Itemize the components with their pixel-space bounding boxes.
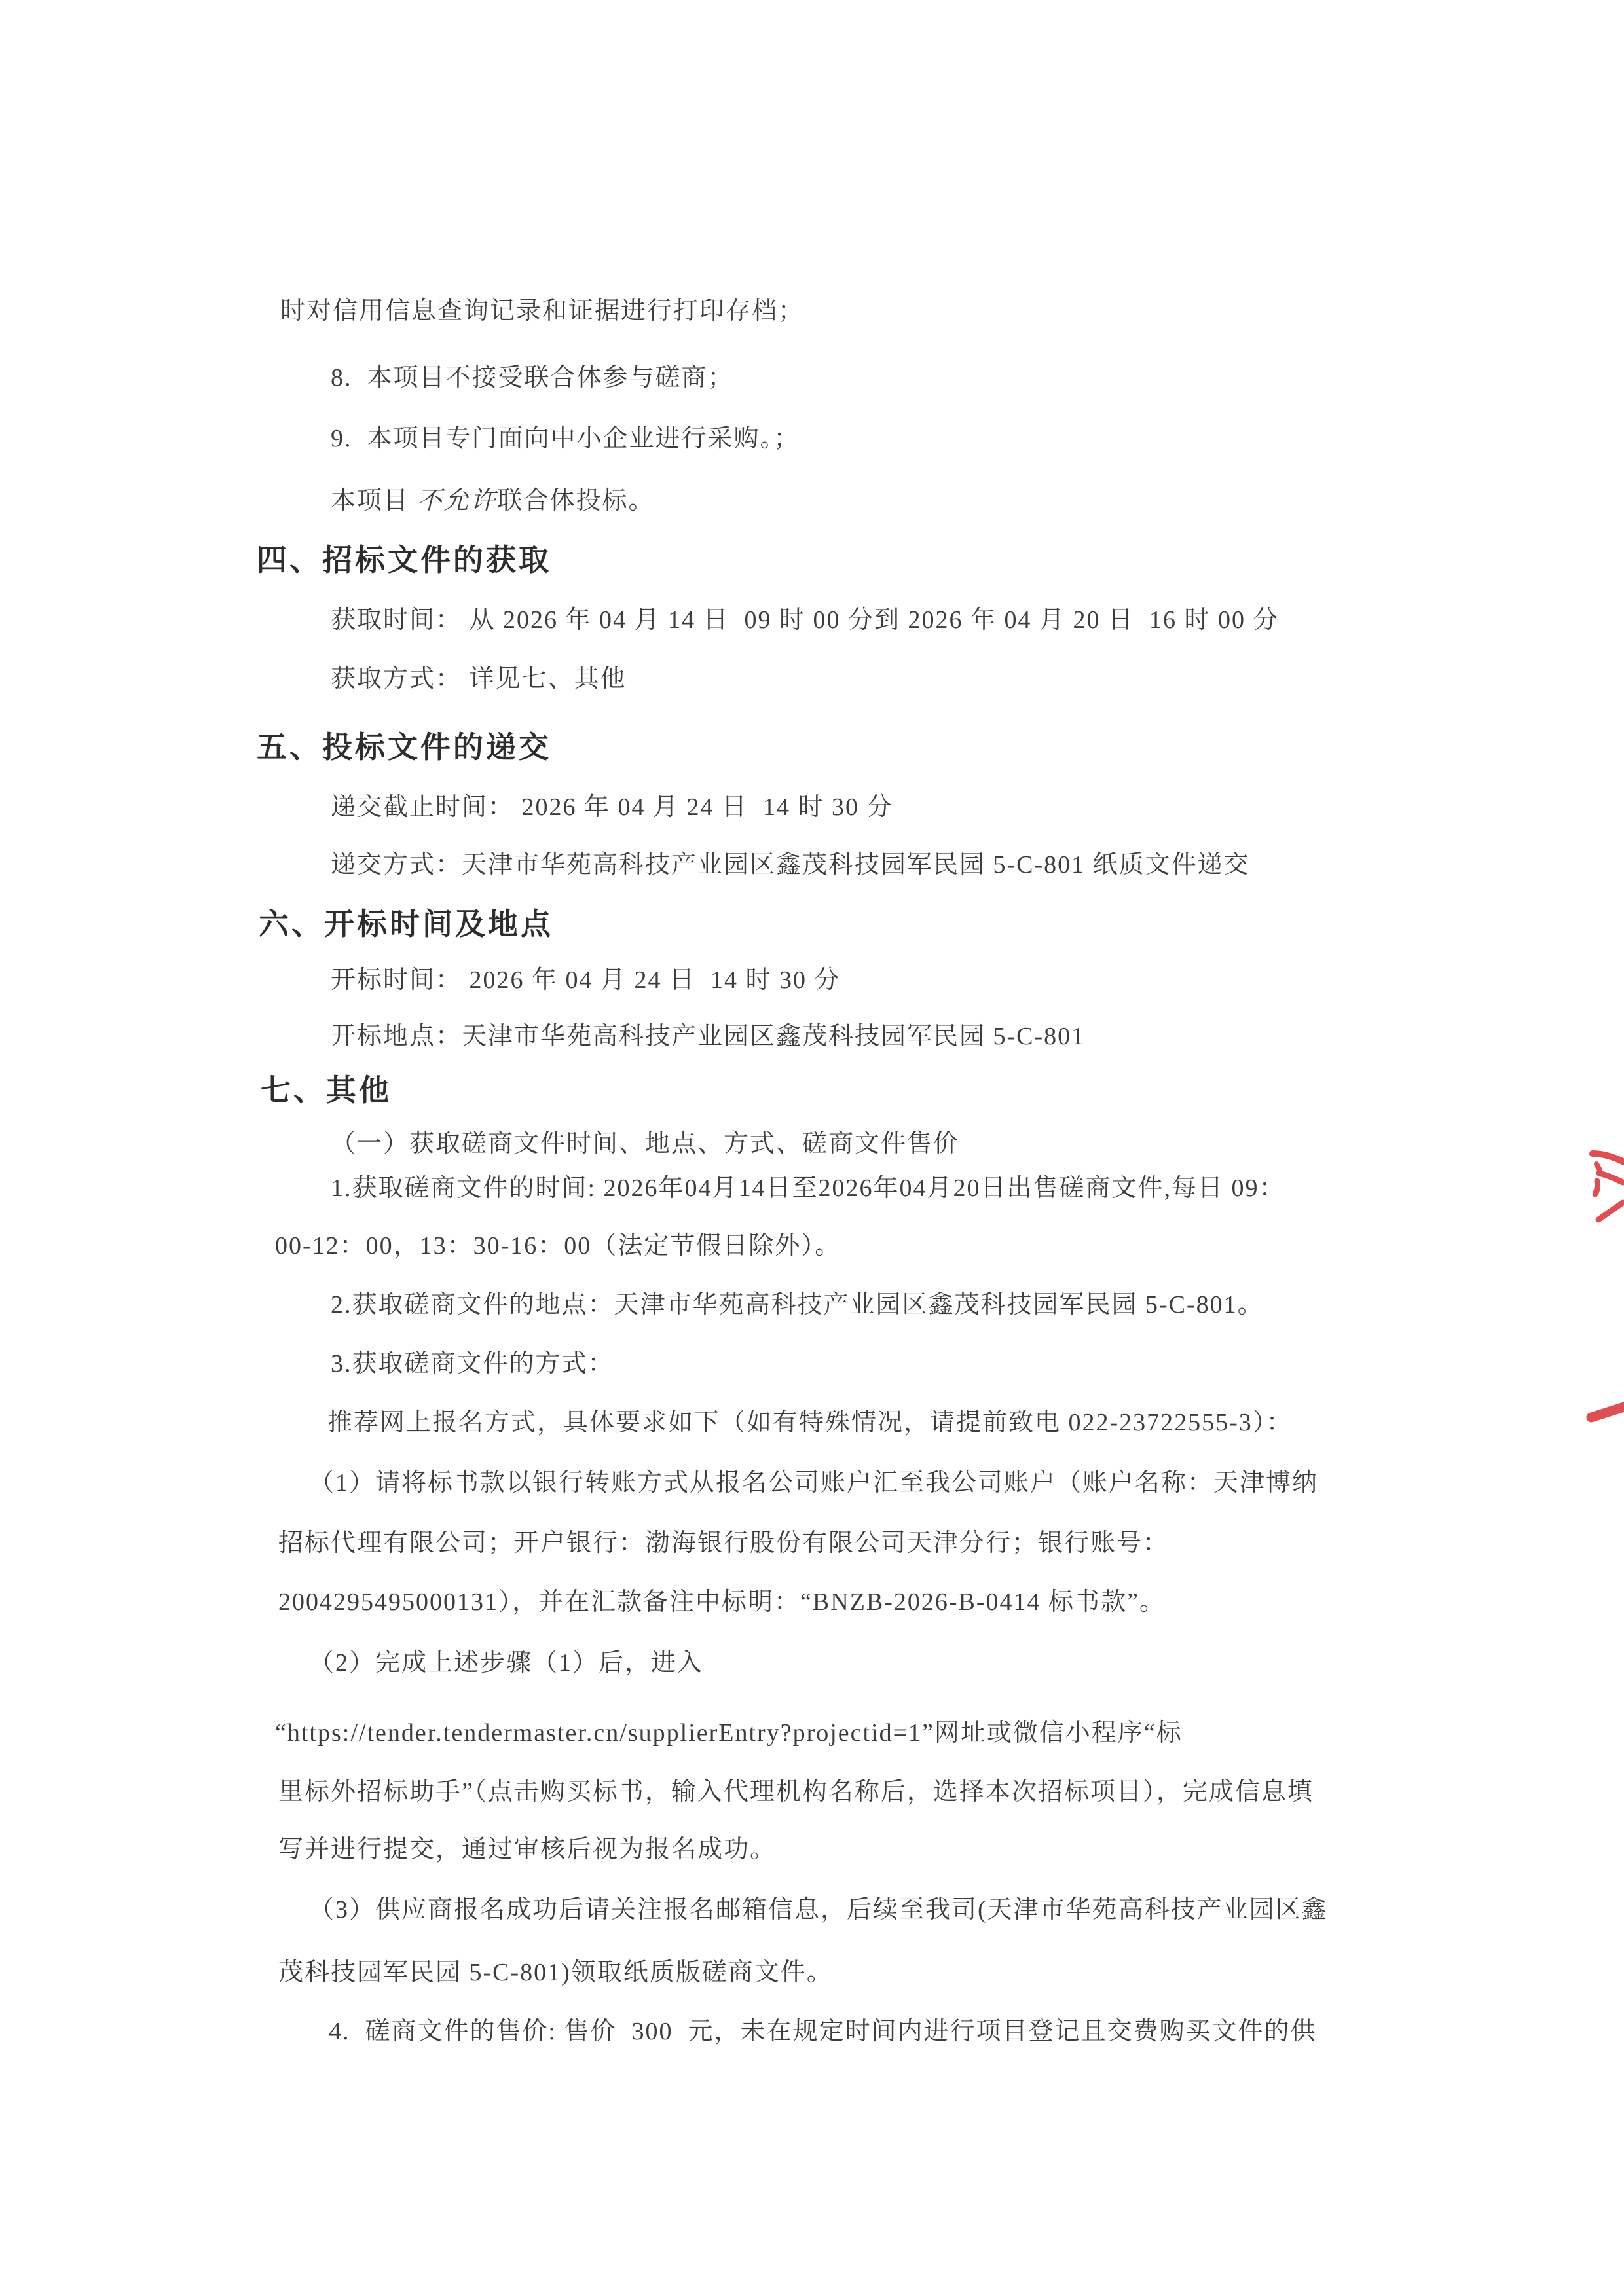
no-consortium-suffix: 联合体投标。 (498, 487, 655, 515)
sec7-step1-line1: （1）请将标书款以银行转账方式从报名公司账户汇至我公司账户（账户名称：天津博纳 (309, 1467, 1318, 1499)
list-item-9: 9. 本项目专门面向中小企业进行采购。； (331, 422, 800, 455)
sec7-step1-line2: 招标代理有限公司；开户银行：渤海银行股份有限公司天津分行；银行账号： (278, 1527, 1169, 1559)
sec7-step2-line1: （2）完成上述步骤（1）后，进入 (309, 1647, 703, 1679)
sec7-step2-line4: 写并进行提交，通过审核后视为报名成功。 (278, 1833, 776, 1866)
no-consortium-prefix: 本项目 (331, 487, 417, 515)
sec5-method: 递交方式：天津市华苑高科技产业园区鑫茂科技园军民园 5-C-801 纸质文件递交 (331, 848, 1250, 881)
sec7-step2-line3: 里标外招标助手”（点击购买标书，输入代理机构名称后，选择本次招标项目），完成信息… (278, 1776, 1314, 1808)
sec7-step3-line1: （3）供应商报名成功后请关注报名邮箱信息，后续至我司(天津市华苑高科技产业园区鑫 (309, 1893, 1328, 1926)
sec7-sub1-title: （一）获取磋商文件时间、地点、方式、磋商文件售价 (331, 1127, 959, 1160)
list-item-8: 8. 本项目不接受联合体参与磋商； (331, 361, 734, 394)
section-heading-4: 四、招标文件的获取 (257, 541, 551, 579)
sec6-open-place: 开标地点：天津市华苑高科技产业园区鑫茂科技园军民园 5-C-801 (331, 1020, 1085, 1053)
section-heading-7: 七、其他 (261, 1071, 392, 1109)
sec7-step1-line3: 2004295495000131），并在汇款备注中标明：“BNZB-2026-B… (278, 1586, 1166, 1618)
sec4-obtain-method: 获取方式： 详见七、其他 (331, 663, 627, 695)
red-pen-mark-lower (1585, 1398, 1624, 1427)
no-consortium-line: 本项目 不允许联合体投标。 (331, 484, 655, 517)
red-pen-mark-upper (1585, 1139, 1624, 1224)
section-heading-5: 五、投标文件的递交 (257, 728, 551, 766)
paragraph-continuation: 时对信用信息查询记录和证据进行打印存档； (280, 295, 804, 327)
sec4-obtain-time: 获取时间： 从 2026 年 04 月 14 日 09 时 00 分到 2026… (331, 604, 1280, 636)
red-pen-stroke (1591, 1407, 1624, 1417)
section-heading-6: 六、开标时间及地点 (259, 905, 553, 943)
sec7-p1-line1: 1.获取磋商文件的时间: 2026年04月14日至2026年04月20日出售磋商… (331, 1172, 1285, 1205)
sec7-step2-url-line: “https://tender.tendermaster.cn/supplier… (275, 1717, 1183, 1749)
scanned-document-page: 时对信用信息查询记录和证据进行打印存档； 8. 本项目不接受联合体参与磋商； 9… (0, 0, 1624, 2296)
sec7-p2: 2.获取磋商文件的地点：天津市华苑高科技产业园区鑫茂科技园军民园 5-C-801… (331, 1288, 1264, 1321)
sec7-p3: 3.获取磋商文件的方式： (331, 1347, 614, 1380)
sec7-p3-recommend: 推荐网上报名方式，具体要求如下（如有特殊情况，请提前致电 022-2372255… (327, 1406, 1293, 1439)
sec7-p1-line2: 00-12：00，13：30-16：00（法定节假日除外）。 (275, 1230, 841, 1262)
no-consortium-emphasis: 不允许 (417, 487, 498, 515)
red-pen-strokes (1593, 1154, 1624, 1220)
sec6-open-time: 开标时间： 2026 年 04 月 24 日 14 时 30 分 (331, 964, 841, 996)
sec5-deadline: 递交截止时间： 2026 年 04 月 24 日 14 时 30 分 (331, 791, 893, 824)
sec7-p4-price: 4. 磋商文件的售价: 售价 300 元，未在规定时间内进行项目登记且交费购买文… (329, 2015, 1317, 2048)
sec7-step3-line2: 茂科技园军民园 5-C-801)领取纸质版磋商文件。 (278, 1956, 833, 1989)
